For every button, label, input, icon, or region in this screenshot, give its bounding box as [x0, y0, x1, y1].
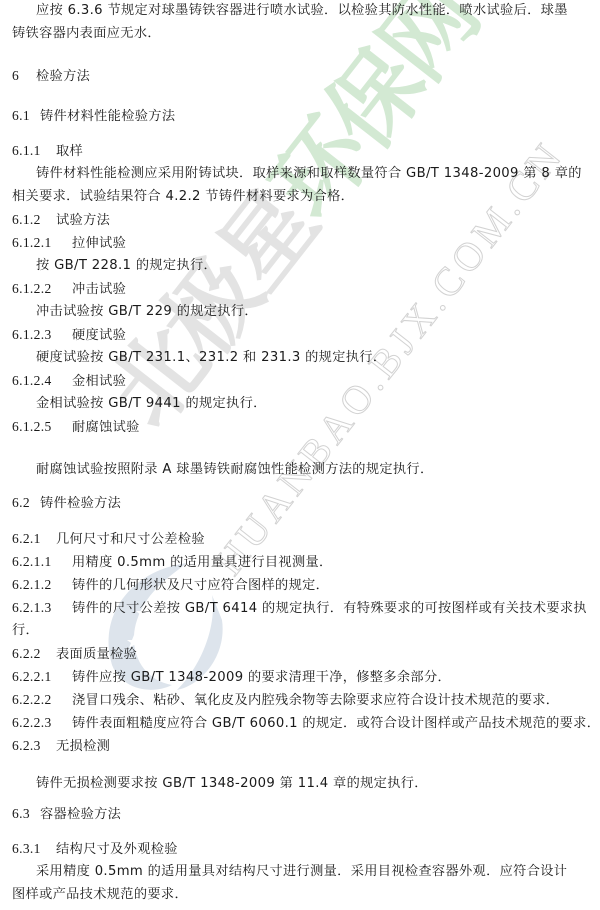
subsection-6-2-2-3: 6.2.2.3铸件表面粗糙度应符合 GB/T 6060.1 的规定．或符合设计图…	[12, 715, 590, 732]
section-title: 耐腐蚀试验	[72, 420, 140, 435]
subsection-6-2-2: 6.2.2表面质量检验	[12, 646, 590, 663]
section-title: 试验方法	[56, 213, 110, 228]
subsection-6-2-1: 6.2.1几何尺寸和尺寸公差检验	[12, 531, 590, 548]
section-number: 6.2.1	[12, 531, 56, 547]
subsection-6-2-1-2: 6.2.1.2铸件的几何形状及尺寸应符合图样的规定．	[12, 577, 590, 594]
section-number: 6.2.1.2	[12, 577, 72, 593]
section-heading-6: 6检验方法	[12, 68, 590, 85]
paragraph-line: 冲击试验按 GB/T 229 的规定执行．	[36, 304, 590, 320]
section-title: 拉伸试验	[72, 236, 126, 251]
subsection-6-2-2-1: 6.2.2.1铸件应按 GB/T 1348-2009 的要求清理干净，修整多余部…	[12, 669, 590, 686]
section-number: 6.2.1.3	[12, 600, 72, 616]
section-number: 6.1.2.3	[12, 327, 72, 343]
paragraph-line: 应按 6.3.6 节规定对球墨铸铁容器进行喷水试验．以检验其防水性能．喷水试验后…	[36, 3, 590, 19]
subsection-6-1-2-4: 6.1.2.4金相试验	[12, 373, 590, 390]
section-number: 6	[12, 68, 36, 84]
paragraph-line: 耐腐蚀试验按照附录 A 球墨铸铁耐腐蚀性能检测方法的规定执行．	[36, 462, 590, 478]
watermark: 北极星环保网 HUANBAO.BJX.COM.CN	[0, 0, 600, 910]
section-title: 结构尺寸及外观检验	[56, 842, 178, 857]
section-number: 6.2.2	[12, 646, 56, 662]
paragraph-line: 行．	[12, 623, 590, 639]
paragraph-line: 铸铁容器内表面应无水．	[12, 26, 590, 42]
section-title: 铸件材料性能检验方法	[40, 109, 175, 124]
paragraph-line: 铸件无损检测要求按 GB/T 1348-2009 第 11.4 章的规定执行．	[36, 776, 590, 792]
section-title: 冲击试验	[72, 282, 126, 297]
section-title: 表面质量检验	[56, 647, 137, 662]
section-title: 铸件检验方法	[40, 496, 121, 511]
subsection-6-2-2-2: 6.2.2.2浇冒口残余、粘砂、氧化皮及内腔残余物等去除要求应符合设计技术规范的…	[12, 692, 590, 709]
section-number: 6.2.2.2	[12, 692, 72, 708]
section-title: 铸件表面粗糙度应符合 GB/T 6060.1 的规定．或符合设计图样或产品技术规…	[72, 716, 600, 731]
section-heading-6-3: 6.3容器检验方法	[12, 806, 590, 823]
section-number: 6.1.2.2	[12, 281, 72, 297]
section-title: 几何尺寸和尺寸公差检验	[56, 532, 205, 547]
paragraph-line: 采用精度 0.5mm 的适用量具对结构尺寸进行测量．采用目视检查容器外观．应符合…	[36, 864, 590, 880]
section-number: 6.2.1.1	[12, 554, 72, 570]
paragraph-line: 铸件材料性能检测应采用附铸试块．取样来源和取样数量符合 GB/T 1348-20…	[36, 166, 590, 182]
section-number: 6.1.2.4	[12, 373, 72, 389]
paragraph-line: 图样或产品技术规范的要求．	[12, 887, 590, 903]
section-title: 取样	[56, 144, 83, 159]
subsection-6-1-2-2: 6.1.2.2冲击试验	[12, 281, 590, 298]
subsection-6-1-2-5: 6.1.2.5耐腐蚀试验	[12, 419, 590, 436]
section-number: 6.1	[12, 108, 40, 124]
subsection-6-1-2-1: 6.1.2.1拉伸试验	[12, 235, 590, 252]
document-page: 北极星环保网 HUANBAO.BJX.COM.CN 应按 6.3.6 节规定对球…	[0, 0, 600, 910]
section-title: 用精度 0.5mm 的适用量具进行目视测量．	[72, 555, 333, 570]
section-number: 6.3	[12, 806, 40, 822]
section-number: 6.1.2	[12, 212, 56, 228]
section-number: 6.2.2.1	[12, 669, 72, 685]
section-number: 6.2.3	[12, 738, 56, 754]
section-heading-6-2: 6.2铸件检验方法	[12, 495, 590, 512]
section-title: 检验方法	[36, 69, 90, 84]
section-number: 6.3.1	[12, 841, 56, 857]
subsection-6-1-1: 6.1.1取样	[12, 143, 590, 160]
section-number: 6.1.2.5	[12, 419, 72, 435]
section-title: 铸件应按 GB/T 1348-2009 的要求清理干净，修整多余部分．	[72, 670, 451, 685]
subsection-6-3-1: 6.3.1结构尺寸及外观检验	[12, 841, 590, 858]
paragraph-line: 硬度试验按 GB/T 231.1、231.2 和 231.3 的规定执行．	[36, 350, 590, 366]
section-number: 6.1.2.1	[12, 235, 72, 251]
section-title: 容器检验方法	[40, 807, 121, 822]
section-title: 无损检测	[56, 739, 110, 754]
subsection-6-2-1-3: 6.2.1.3铸件的尺寸公差按 GB/T 6414 的规定执行．有特殊要求的可按…	[12, 600, 590, 617]
section-title: 金相试验	[72, 374, 126, 389]
section-number: 6.1.1	[12, 143, 56, 159]
paragraph-line: 相关要求．试验结果符合 4.2.2 节铸件材料要求为合格．	[12, 189, 590, 205]
section-title: 铸件的尺寸公差按 GB/T 6414 的规定执行．有特殊要求的可按图样或有关技术…	[72, 601, 587, 616]
subsection-6-2-3: 6.2.3无损检测	[12, 738, 590, 755]
section-title: 硬度试验	[72, 328, 126, 343]
section-number: 6.2	[12, 495, 40, 511]
subsection-6-1-2-3: 6.1.2.3硬度试验	[12, 327, 590, 344]
section-title: 铸件的几何形状及尺寸应符合图样的规定．	[72, 578, 329, 593]
section-number: 6.2.2.3	[12, 715, 72, 731]
subsection-6-1-2: 6.1.2试验方法	[12, 212, 590, 229]
paragraph-line: 按 GB/T 228.1 的规定执行．	[36, 258, 590, 274]
section-heading-6-1: 6.1铸件材料性能检验方法	[12, 108, 590, 125]
section-title: 浇冒口残余、粘砂、氧化皮及内腔残余物等去除要求应符合设计技术规范的要求．	[72, 693, 559, 708]
paragraph-line: 金相试验按 GB/T 9441 的规定执行．	[36, 396, 590, 412]
subsection-6-2-1-1: 6.2.1.1用精度 0.5mm 的适用量具进行目视测量．	[12, 554, 590, 571]
